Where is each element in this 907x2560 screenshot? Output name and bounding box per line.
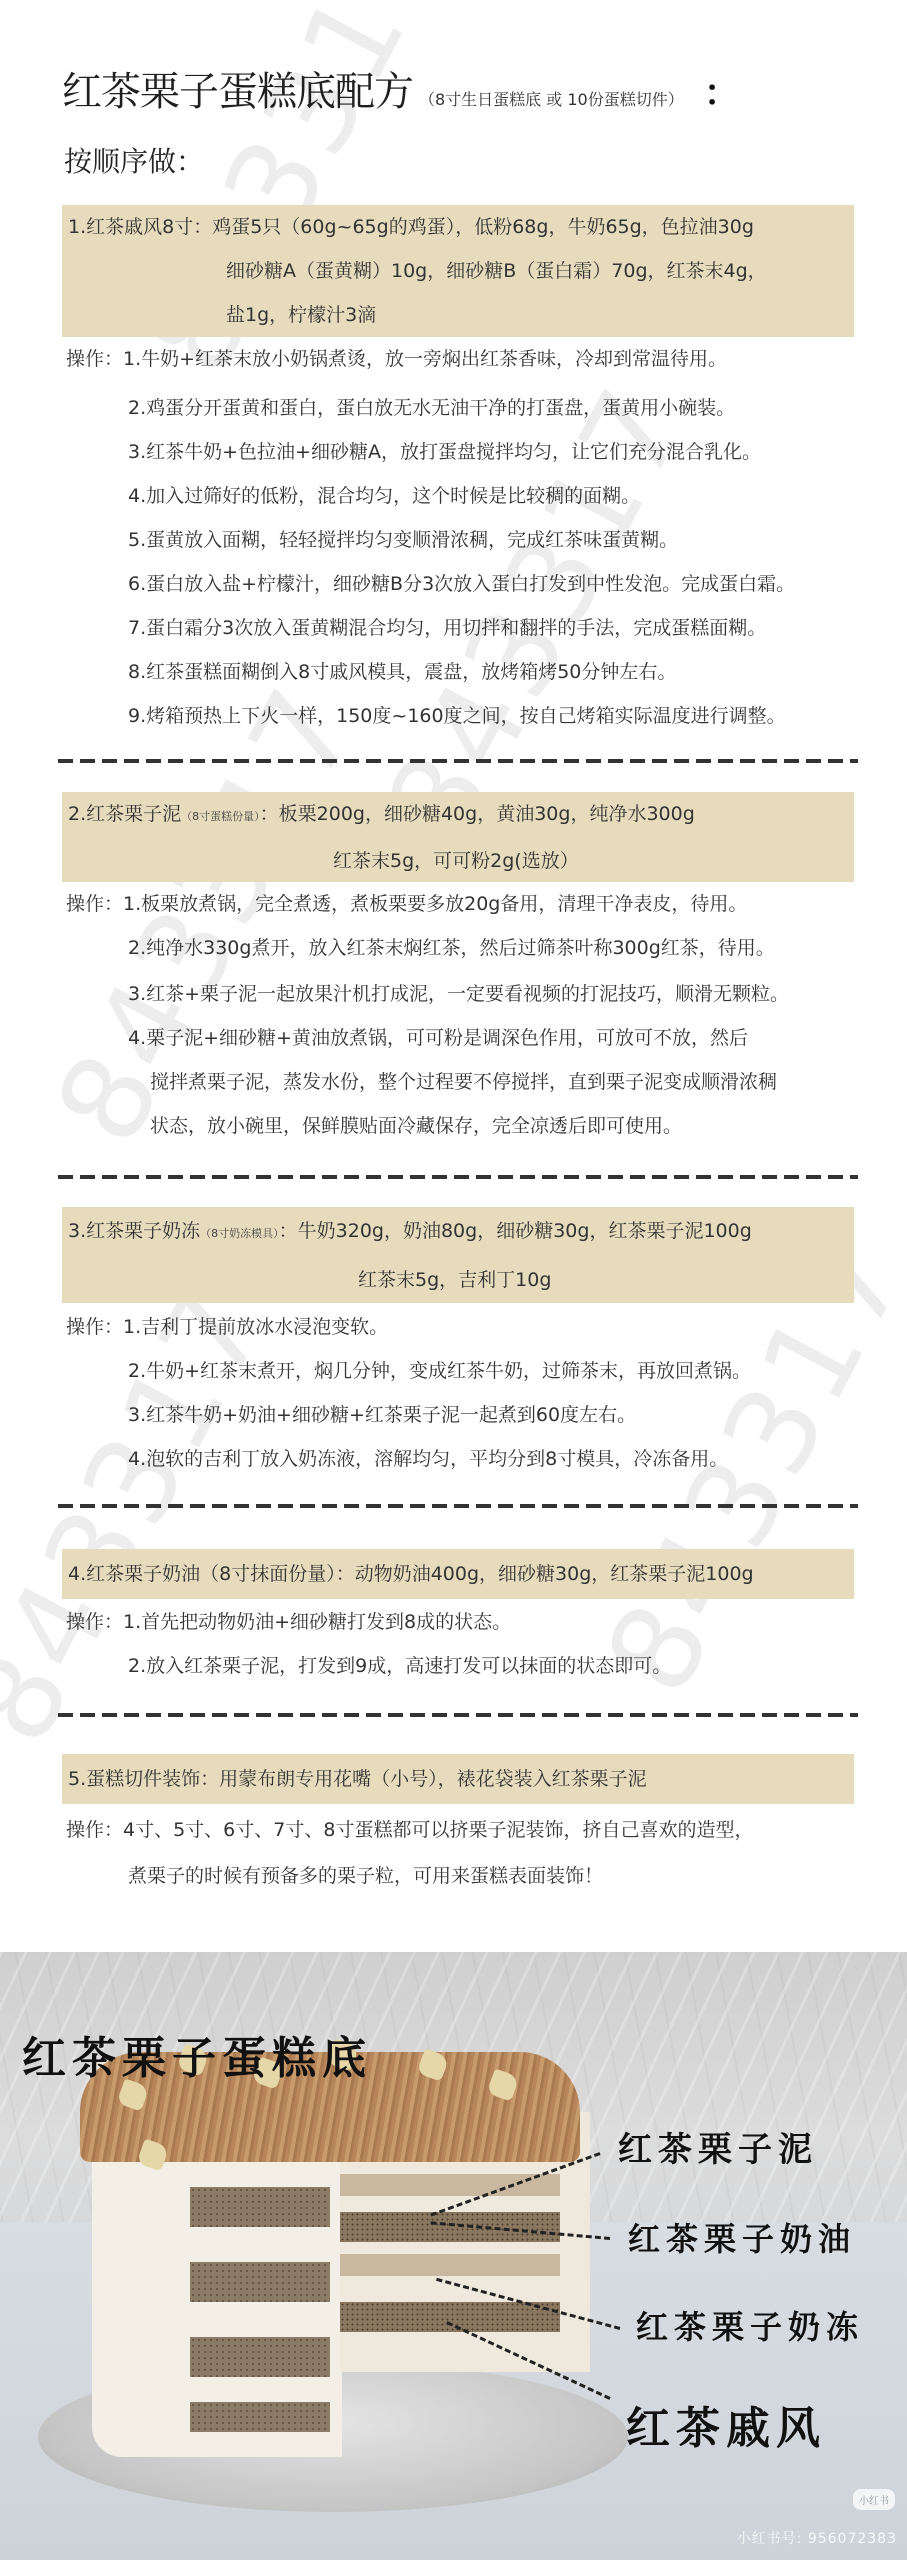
cake-layer	[190, 2402, 330, 2432]
ingredients-line: 3.红茶栗子奶冻（8寸奶冻模具）：牛奶320g，奶油80g，细砂糖30g，红茶栗…	[68, 1207, 854, 1258]
ingredients-line: 1.红茶戚风8寸：鸡蛋5只（60g~65g的鸡蛋），低粉68g，牛奶65g，色拉…	[68, 205, 854, 249]
ingredients-line: 红茶末5g，可可粉2g(选放）	[68, 839, 854, 883]
ingredients-line: 盐1g，柠檬汁3滴	[68, 293, 854, 337]
section-separator	[58, 759, 858, 763]
jelly-layer	[340, 2254, 560, 2276]
step: 煮栗子的时候有预备多的栗子粒，可用来蛋糕表面装饰！	[128, 1852, 603, 1900]
section-note: （8寸奶冻模具）	[200, 1227, 279, 1240]
step: 8.红茶蛋糕面糊倒入8寸戚风模具，震盘，放烤箱烤50分钟左右。	[128, 648, 676, 696]
step: 5.蛋黄放入面糊，轻轻搅拌均匀变顺滑浓稠，完成红茶味蛋黄糊。	[128, 516, 678, 564]
cake-layer	[190, 2337, 330, 2377]
section-separator	[58, 1175, 858, 1179]
section-title: 3.红茶栗子奶冻	[68, 1220, 200, 1242]
ingredients-line: 2.红茶栗子泥（8寸蛋糕份量）：板栗200g，细砂糖40g，黄油30g，纯净水3…	[68, 792, 854, 839]
ingredients-box-chiffon: 1.红茶戚风8寸：鸡蛋5只（60g~65g的鸡蛋），低粉68g，牛奶65g，色拉…	[62, 205, 854, 337]
step: 搅拌煮栗子泥，蒸发水份，整个过程要不停搅拌，直到栗子泥变成顺滑浓稠	[150, 1058, 777, 1106]
section-separator	[58, 1713, 858, 1717]
ingredients-box-cream: 4.红茶栗子奶油（8寸抹面份量）：动物奶油400g，细砂糖30g，红茶栗子泥10…	[62, 1549, 854, 1599]
step: 4.泡软的吉利丁放入奶冻液，溶解均匀，平均分到8寸模具，冷冻备用。	[128, 1435, 728, 1483]
step: 操作：1.牛奶+红茶末放小奶锅煮烫，放一旁焖出红茶香味，冷却到常温待用。	[66, 335, 727, 383]
step: 操作：1.板栗放煮锅，完全煮透，煮板栗要多放20g备用，清理干净表皮，待用。	[66, 880, 747, 928]
ingredients-line: 红茶末5g，吉利丁10g	[68, 1258, 854, 1302]
photo-title: 红茶栗子蛋糕底	[22, 2022, 372, 2086]
label-chiffon: 红茶戚风	[626, 2392, 826, 2456]
ingredients-text: ：牛奶320g，奶油80g，细砂糖30g，红茶栗子泥100g	[279, 1220, 752, 1242]
title-note: （8寸生日蛋糕底 或 10份蛋糕切件）	[419, 87, 684, 110]
ingredients-box-chestnut-paste: 2.红茶栗子泥（8寸蛋糕份量）：板栗200g，细砂糖40g，黄油30g，纯净水3…	[62, 792, 854, 882]
cake-layer	[190, 2262, 330, 2302]
ingredients-line: 5.蛋糕切件装饰：用蒙布朗专用花嘴（小号），裱花袋装入红茶栗子泥	[68, 1754, 854, 1804]
label-chestnut-jelly: 红茶栗子奶冻	[636, 2302, 864, 2348]
section-note: （8寸蛋糕份量）	[181, 810, 260, 823]
step: 9.烤箱预热上下火一样，150度~160度之间，按自己烤箱实际温度进行调整。	[128, 692, 786, 740]
label-chestnut-paste: 红茶栗子泥	[618, 2122, 818, 2171]
ingredients-box-panna-cotta: 3.红茶栗子奶冻（8寸奶冻模具）：牛奶320g，奶油80g，细砂糖30g，红茶栗…	[62, 1207, 854, 1303]
step: 3.红茶+栗子泥一起放果汁机打成泥，一定要看视频的打泥技巧，顺滑无颗粒。	[128, 970, 789, 1018]
xiaohongshu-account-id: 小红书号: 956072383	[737, 2528, 897, 2548]
title-main: 红茶栗子蛋糕底配方	[62, 60, 413, 117]
subtitle: 按顺序做：	[64, 140, 204, 180]
ingredients-box-decoration: 5.蛋糕切件装饰：用蒙布朗专用花嘴（小号），裱花袋装入红茶栗子泥	[62, 1754, 854, 1804]
step: 操作：1.首先把动物奶油+细砂糖打发到8成的状态。	[66, 1598, 511, 1646]
step: 4.栗子泥+细砂糖+黄油放煮锅，可可粉是调深色作用，可放可不放，然后	[128, 1014, 748, 1062]
step: 操作：4寸、5寸、6寸、7寸、8寸蛋糕都可以挤栗子泥装饰，挤自己喜欢的造型，	[66, 1806, 753, 1854]
step: 2.鸡蛋分开蛋黄和蛋白，蛋白放无水无油干净的打蛋盘，蛋黄用小碗装。	[128, 384, 735, 432]
step: 4.加入过筛好的低粉，混合均匀，这个时候是比较稠的面糊。	[128, 472, 640, 520]
ingredients-text: ：板栗200g，细砂糖40g，黄油30g，纯净水300g	[260, 803, 695, 825]
xiaohongshu-badge: 小红书	[853, 2489, 895, 2510]
page-title: 红茶栗子蛋糕底配方 （8寸生日蛋糕底 或 10份蛋糕切件） ：	[62, 60, 740, 117]
ingredients-line: 4.红茶栗子奶油（8寸抹面份量）：动物奶油400g，细砂糖30g，红茶栗子泥10…	[68, 1549, 854, 1599]
step: 2.纯净水330g煮开，放入红茶末焖红茶，然后过筛茶叶称300g红茶，待用。	[128, 924, 775, 972]
step: 2.放入红茶栗子泥，打发到9成，高速打发可以抹面的状态即可。	[128, 1642, 671, 1690]
step: 6.蛋白放入盐+柠檬汁，细砂糖B分3次放入蛋白打发到中性发泡。完成蛋白霜。	[128, 560, 795, 608]
section-title: 2.红茶栗子泥	[68, 803, 181, 825]
section-separator	[58, 1504, 858, 1508]
step: 3.红茶牛奶+奶油+细砂糖+红茶栗子泥一起煮到60度左右。	[128, 1391, 636, 1439]
step: 3.红茶牛奶+色拉油+细砂糖A，放打蛋盘搅拌均匀，让它们充分混合乳化。	[128, 428, 761, 476]
ingredients-line: 细砂糖A（蛋黄糊）10g，细砂糖B（蛋白霜）70g，红茶末4g，	[68, 249, 854, 293]
step: 7.蛋白霜分3次放入蛋黄糊混合均匀，用切拌和翻拌的手法，完成蛋糕面糊。	[128, 604, 766, 652]
step: 操作：1.吉利丁提前放冰水浸泡变软。	[66, 1303, 388, 1351]
cake-layer	[340, 2212, 560, 2242]
title-colon: ：	[704, 65, 740, 116]
step: 状态，放小碗里，保鲜膜贴面冷藏保存，完全凉透后即可使用。	[150, 1102, 682, 1150]
recipe-document: 843317 843317 843317 843317 843317 红茶栗子蛋…	[0, 0, 907, 1952]
label-chestnut-cream: 红茶栗子奶油	[628, 2214, 856, 2260]
cake-layer	[340, 2302, 560, 2332]
cake-cross-section-photo: 红茶栗子蛋糕底 红茶栗子泥 红茶栗子奶油 红茶栗子奶冻 红茶戚风 小红书 小红书…	[0, 1952, 907, 2560]
step: 2.牛奶+红茶末煮开，焖几分钟，变成红茶牛奶，过筛茶末，再放回煮锅。	[128, 1347, 751, 1395]
cake-layer	[190, 2187, 330, 2227]
